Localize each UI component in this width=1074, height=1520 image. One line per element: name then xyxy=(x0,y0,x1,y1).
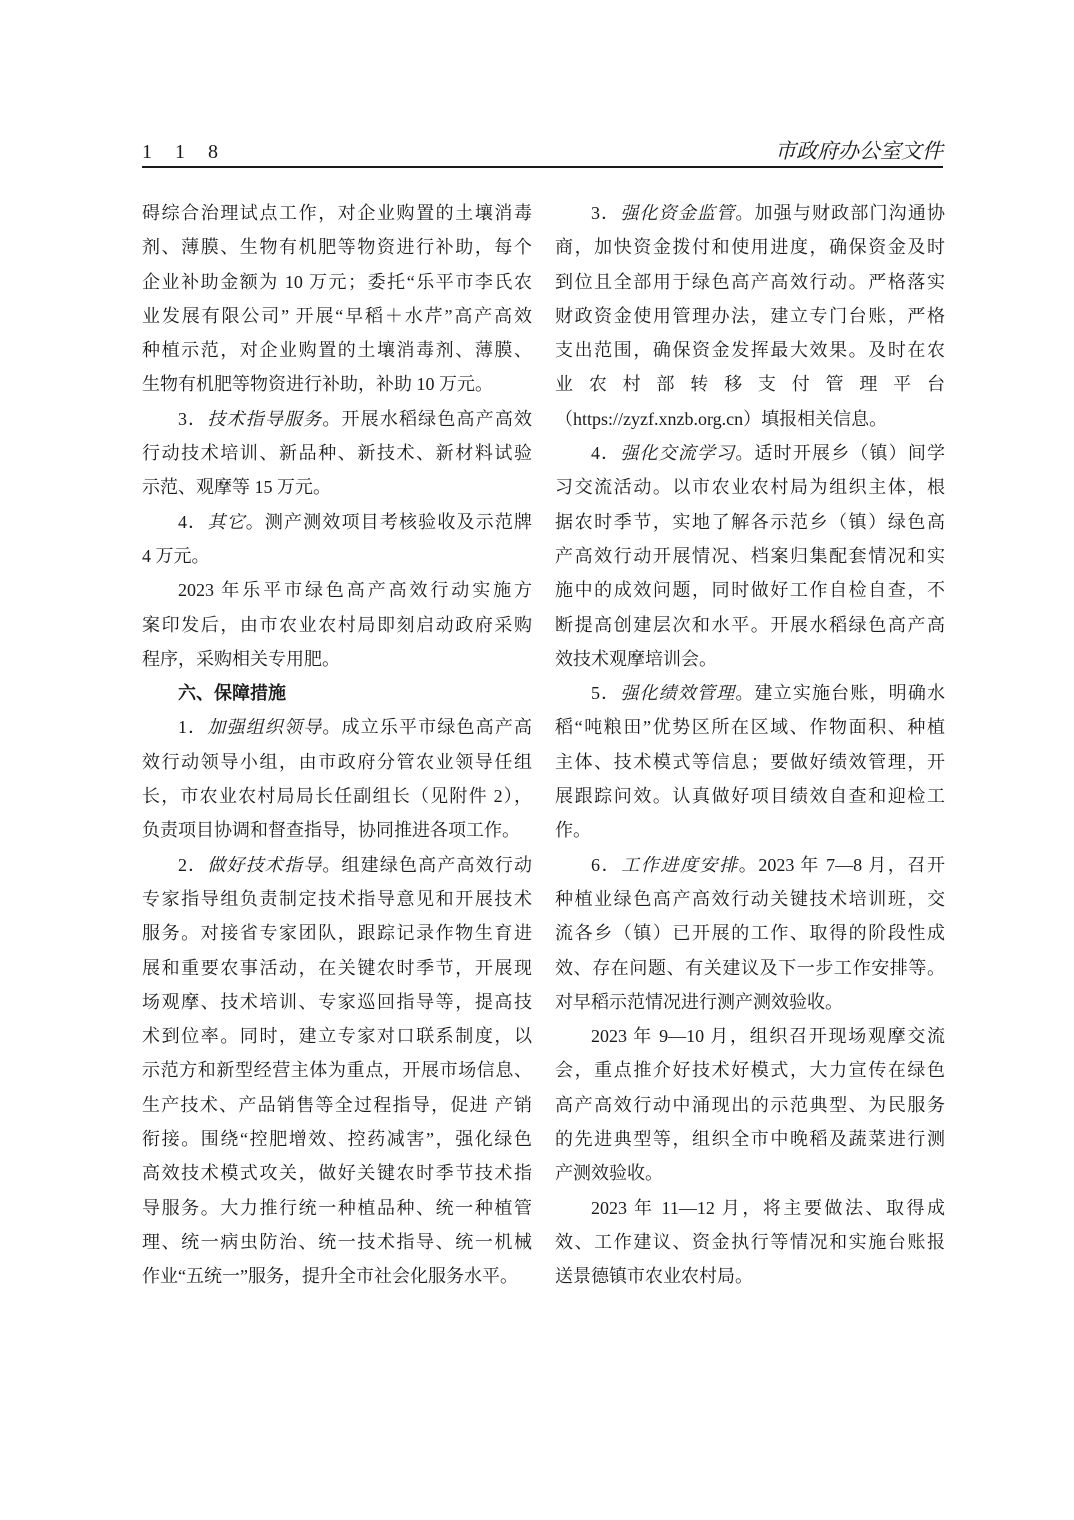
text-line: 作业“五统一”服务，提升全市社会化服务水平。 xyxy=(142,1259,532,1293)
text-line: 断提高创建层次和水平。开展水稻绿色高产高 xyxy=(555,608,945,642)
paragraph: 2023 年乐平市绿色高产高效行动实施方案印发后，由市农业农村局即刻启动政府采购… xyxy=(142,573,532,676)
text-line: 术到位率。同时，建立专家对口联系制度，以 xyxy=(142,1019,532,1053)
text-line: 效、工作建议、资金执行等情况和实施台账报 xyxy=(555,1225,945,1259)
paragraph: 2．做好技术指导。组建绿色高产高效行动专家指导组负责制定技术指导意见和开展技术服… xyxy=(142,848,532,1294)
text-line: 效、存在问题、有关建议及下一步工作安排等。 xyxy=(555,951,945,985)
text-line: 商，加快资金拨付和使用进度，确保资金及时 xyxy=(555,230,945,264)
text-segment: 4． xyxy=(591,443,620,463)
text-line: 服务。对接省专家团队，跟踪记录作物生育进 xyxy=(142,916,532,950)
text-segment: 1． xyxy=(178,717,207,737)
text-line: 示范方和新型经营主体为重点，开展市场信息、 xyxy=(142,1053,532,1087)
text-segment: 6． xyxy=(591,855,621,875)
text-line: 种植示范，对企业购置的土壤消毒剂、薄膜、 xyxy=(142,333,532,367)
text-line: 业发展有限公司” 开展“早稻＋水芹”高产高效 xyxy=(142,299,532,333)
text-line: 业 农 村 部 转 移 支 付 管 理 平 台 xyxy=(555,367,945,401)
text-line: 流各乡（镇）已开展的工作、取得的阶段性成 xyxy=(555,916,945,950)
text-segment: 。加强与财政部门沟通协 xyxy=(735,203,945,223)
text-line: 生产技术、产品销售等全过程指导，促进 产销 xyxy=(142,1088,532,1122)
text-line: 送景德镇市农业农村局。 xyxy=(555,1259,945,1293)
text-line: 财政资金使用管理办法，建立专门台账，严格 xyxy=(555,299,945,333)
text-line: 碍综合治理试点工作，对企业购置的土壤消毒 xyxy=(142,196,532,230)
text-segment: 。适时开展乡（镇）间学 xyxy=(735,443,945,463)
paragraph: 2023 年 9—10 月，组织召开现场观摩交流会，重点推介好技术好模式，大力宣… xyxy=(555,1019,945,1190)
text-line: 4 万元。 xyxy=(142,539,532,573)
text-line: 行动技术培训、新品种、新技术、新材料试验 xyxy=(142,436,532,470)
text-line: 导服务。大力推行统一种植品种、统一种植管 xyxy=(142,1191,532,1225)
text-line: 对早稻示范情况进行测产测效验收。 xyxy=(555,985,945,1019)
text-line: 2023 年 9—10 月，组织召开现场观摩交流 xyxy=(555,1019,945,1053)
text-segment: 4． xyxy=(178,512,207,532)
heading-line: 六、保障措施 xyxy=(142,676,532,710)
text-line: 支出范围，确保资金发挥最大效果。及时在农 xyxy=(555,333,945,367)
text-line: 展和重要农事活动，在关键农时季节，开展现 xyxy=(142,951,532,985)
page-header: 1 1 8 市政府办公室文件 xyxy=(142,132,943,166)
text-line: 主体、技术模式等信息；要做好绩效管理，开 xyxy=(555,745,945,779)
text-segment: 。开展水稻绿色高产高效 xyxy=(322,409,532,429)
paragraph: 碍综合治理试点工作，对企业购置的土壤消毒剂、薄膜、生物有机肥等物资进行补助，每个… xyxy=(142,196,532,402)
text-line: 稻“吨粮田”优势区所在区域、作物面积、种植 xyxy=(555,710,945,744)
text-segment: 3． xyxy=(591,203,620,223)
text-line: 施中的成效问题，同时做好工作自检自查，不 xyxy=(555,573,945,607)
paragraph: 5．强化绩效管理。建立实施台账，明确水稻“吨粮田”优势区所在区域、作物面积、种植… xyxy=(555,676,945,847)
text-line: 2023 年乐平市绿色高产高效行动实施方 xyxy=(142,573,532,607)
paragraph: 6．工作进度安排。2023 年 7—8 月，召开种植业绿色高产高效行动关键技术培… xyxy=(555,848,945,1019)
text-line: 据农时季节，实地了解各示范乡（镇）绿色高 xyxy=(555,505,945,539)
kaiti-leadin: 强化资金监管 xyxy=(620,203,735,223)
text-line: 高效技术模式攻关，做好关键农时季节技术指 xyxy=(142,1156,532,1190)
paragraph: 4．强化交流学习。适时开展乡（镇）间学习交流活动。以市农业农村局为组织主体，根据… xyxy=(555,436,945,676)
text-line: 生物有机肥等物资进行补助，补助 10 万元。 xyxy=(142,367,532,401)
text-line: 习交流活动。以市农业农村局为组织主体，根 xyxy=(555,470,945,504)
kaiti-leadin: 强化绩效管理 xyxy=(620,683,735,703)
left-column: 碍综合治理试点工作，对企业购置的土壤消毒剂、薄膜、生物有机肥等物资进行补助，每个… xyxy=(142,196,532,1294)
text-line: 5．强化绩效管理。建立实施台账，明确水 xyxy=(555,676,945,710)
kaiti-leadin: 其它 xyxy=(207,512,245,532)
text-line: 1．加强组织领导。成立乐平市绿色高产高 xyxy=(142,710,532,744)
text-segment: 2． xyxy=(178,855,207,875)
text-line: 长，市农业农村局局长任副组长（见附件 2）， xyxy=(142,779,532,813)
text-segment: 。组建绿色高产高效行动 xyxy=(322,855,532,875)
paragraph: 3．技术指导服务。开展水稻绿色高产高效行动技术培训、新品种、新技术、新材料试验示… xyxy=(142,402,532,505)
text-line: 会，重点推介好技术好模式，大力宣传在绿色 xyxy=(555,1053,945,1087)
text-line: 负责项目协调和督查指导，协同推进各项工作。 xyxy=(142,813,532,847)
text-segment: 3． xyxy=(178,409,207,429)
text-line: 企业补助金额为 10 万元；委托“乐平市李氏农 xyxy=(142,265,532,299)
text-line: 的先进典型等，组织全市中晚稻及蔬菜进行测 xyxy=(555,1122,945,1156)
text-line: 场观摩、技术培训、专家巡回指导等，提高技 xyxy=(142,985,532,1019)
header-label: 市政府办公室文件 xyxy=(775,141,943,166)
text-line: 衔接。围绕“控肥增效、控药减害”，强化绿色 xyxy=(142,1122,532,1156)
text-line: 效行动领导小组，由市政府分管农业领导任组 xyxy=(142,745,532,779)
text-line: 3．强化资金监管。加强与财政部门沟通协 xyxy=(555,196,945,230)
text-segment: 。成立乐平市绿色高产高 xyxy=(322,717,532,737)
text-line: 案印发后，由市农业农村局即刻启动政府采购 xyxy=(142,608,532,642)
kaiti-leadin: 强化交流学习 xyxy=(620,443,735,463)
text-line: 示范、观摩等 15 万元。 xyxy=(142,470,532,504)
text-line: 专家指导组负责制定技术指导意见和开展技术 xyxy=(142,882,532,916)
text-line: 6．工作进度安排。2023 年 7—8 月，召开 xyxy=(555,848,945,882)
text-line: 理、统一病虫防治、统一技术指导、统一机械 xyxy=(142,1225,532,1259)
text-line: 4．其它。测产测效项目考核验收及示范牌 xyxy=(142,505,532,539)
kaiti-leadin: 工作进度安排 xyxy=(621,855,739,875)
text-line: （https://zyzf.xnzb.org.cn）填报相关信息。 xyxy=(555,402,945,436)
paragraph: 2023 年 11—12 月，将主要做法、取得成效、工作建议、资金执行等情况和实… xyxy=(555,1191,945,1294)
text-line: 展跟踪问效。认真做好项目绩效自查和迎检工 xyxy=(555,779,945,813)
text-line: 产高效行动开展情况、档案归集配套情况和实 xyxy=(555,539,945,573)
document-page: 1 1 8 市政府办公室文件 碍综合治理试点工作，对企业购置的土壤消毒剂、薄膜、… xyxy=(0,0,1074,1520)
kaiti-leadin: 技术指导服务 xyxy=(207,409,322,429)
text-line: 2．做好技术指导。组建绿色高产高效行动 xyxy=(142,848,532,882)
kaiti-leadin: 做好技术指导 xyxy=(207,855,322,875)
text-segment: 。建立实施台账，明确水 xyxy=(735,683,945,703)
text-line: 4．强化交流学习。适时开展乡（镇）间学 xyxy=(555,436,945,470)
text-segment: 。2023 年 7—8 月，召开 xyxy=(739,855,945,875)
text-line: 到位且全部用于绿色高产高效行动。严格落实 xyxy=(555,265,945,299)
text-segment: 。测产测效项目考核验收及示范牌 xyxy=(246,512,532,532)
text-line: 高产高效行动中涌现出的示范典型、为民服务 xyxy=(555,1088,945,1122)
paragraph: 4．其它。测产测效项目考核验收及示范牌4 万元。 xyxy=(142,505,532,574)
page-number: 1 1 8 xyxy=(142,142,227,166)
text-line: 效技术观摩培训会。 xyxy=(555,642,945,676)
text-line: 程序，采购相关专用肥。 xyxy=(142,642,532,676)
section-heading: 六、保障措施 xyxy=(142,676,532,710)
kaiti-leadin: 加强组织领导 xyxy=(207,717,322,737)
right-column: 3．强化资金监管。加强与财政部门沟通协商，加快资金拨付和使用进度，确保资金及时到… xyxy=(555,196,945,1294)
text-segment: 5． xyxy=(591,683,620,703)
text-line: 种植业绿色高产高效行动关键技术培训班，交 xyxy=(555,882,945,916)
text-line: 作。 xyxy=(555,813,945,847)
paragraph: 3．强化资金监管。加强与财政部门沟通协商，加快资金拨付和使用进度，确保资金及时到… xyxy=(555,196,945,436)
text-line: 剂、薄膜、生物有机肥等物资进行补助，每个 xyxy=(142,230,532,264)
text-line: 3．技术指导服务。开展水稻绿色高产高效 xyxy=(142,402,532,436)
text-line: 产测效验收。 xyxy=(555,1156,945,1190)
header-rule xyxy=(142,166,943,168)
text-line: 2023 年 11—12 月，将主要做法、取得成 xyxy=(555,1191,945,1225)
paragraph: 1．加强组织领导。成立乐平市绿色高产高效行动领导小组，由市政府分管农业领导任组长… xyxy=(142,710,532,847)
